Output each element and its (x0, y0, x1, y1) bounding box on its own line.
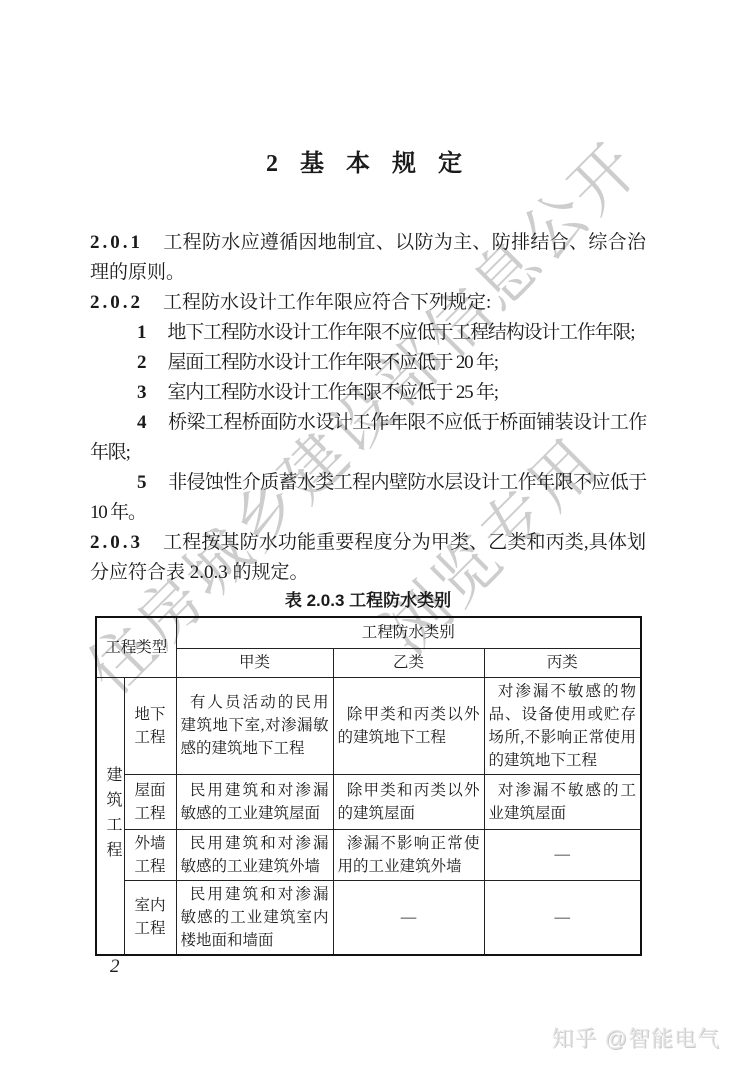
item-text: 室内工程防水设计工作年限不应低于 25 年; (168, 382, 498, 403)
category-underground: 地下工程 (124, 677, 176, 774)
category-roof: 屋面工程 (124, 774, 176, 829)
header-waterproof-class-group: 工程防水类别 (176, 617, 641, 648)
item-number: 3 (137, 382, 147, 403)
item-text: 桥梁工程桥面防水设计工作年限不应低于桥面铺装设计工作年限; (90, 412, 646, 463)
item-text: 非侵蚀性介质蓄水类工程内壁防水层设计工作年限不应低于 10 年。 (90, 472, 646, 523)
clause-item-5: 5非侵蚀性介质蓄水类工程内壁防水层设计工作年限不应低于 10 年。 (90, 468, 646, 528)
document-page: 住房城乡建设部信息公开 浏览专用 2 基 本 规 定 2.0.1工程防水应遵循因… (0, 0, 735, 1065)
item-number: 1 (137, 322, 147, 343)
table-row-indoor: 室内工程 民用建筑和对渗漏敏感的工业建筑室内楼地面和墙面 — — (96, 880, 641, 955)
clause-text: 工程防水应遵循因地制宜、以防为主、防排结合、综合治理的原则。 (90, 232, 646, 283)
clause-2-0-2: 2.0.2工程防水设计工作年限应符合下列规定: (90, 288, 646, 318)
clause-item-1: 1地下工程防水设计工作年限不应低于工程结构设计工作年限; (90, 318, 646, 348)
cell-class-c-exterior-wall: — (484, 829, 641, 880)
header-project-type: 工程类型 (96, 617, 176, 677)
cell-class-b-roof: 除甲类和丙类以外的建筑屋面 (333, 774, 484, 829)
table-row-roof: 屋面工程 民用建筑和对渗漏敏感的工业建筑屋面 除甲类和丙类以外的建筑屋面 对渗漏… (96, 774, 641, 829)
cell-class-b-underground: 除甲类和丙类以外的建筑地下工程 (333, 677, 484, 774)
cell-class-a-indoor: 民用建筑和对渗漏敏感的工业建筑室内楼地面和墙面 (176, 880, 333, 955)
table-row-exterior-wall: 外墙工程 民用建筑和对渗漏敏感的工业建筑外墙 渗漏不影响正常使用的工业建筑外墙 … (96, 829, 641, 880)
page-number: 2 (110, 956, 120, 978)
clause-2-0-3: 2.0.3工程按其防水功能重要程度分为甲类、乙类和丙类,具体划分应符合表 2.0… (90, 528, 646, 588)
cell-class-a-exterior-wall: 民用建筑和对渗漏敏感的工业建筑外墙 (176, 829, 333, 880)
row-group-building-works: 建筑工程 (96, 677, 124, 955)
header-class-a: 甲类 (176, 648, 333, 677)
cell-class-c-underground: 对渗漏不敏感的物品、设备使用或贮存场所,不影响正常使用的建筑地下工程 (484, 677, 641, 774)
waterproof-class-table: 工程类型 工程防水类别 甲类 乙类 丙类 建筑工程 地下工程 有人员活动的民用建… (95, 616, 642, 956)
category-exterior-wall: 外墙工程 (124, 829, 176, 880)
table-caption: 表 2.0.3 工程防水类别 (90, 591, 646, 611)
header-class-b: 乙类 (333, 648, 484, 677)
item-text: 地下工程防水设计工作年限不应低于工程结构设计工作年限; (168, 322, 635, 343)
clause-item-4: 4桥梁工程桥面防水设计工作年限不应低于桥面铺装设计工作年限; (90, 408, 646, 468)
row-group-label: 建筑工程 (101, 766, 124, 866)
cell-class-a-underground: 有人员活动的民用建筑地下室,对渗漏敏感的建筑地下工程 (176, 677, 333, 774)
clause-2-0-1: 2.0.1工程防水应遵循因地制宜、以防为主、防排结合、综合治理的原则。 (90, 228, 646, 288)
clause-item-3: 3室内工程防水设计工作年限不应低于 25 年; (90, 378, 646, 408)
page-content: 2 基 本 规 定 2.0.1工程防水应遵循因地制宜、以防为主、防排结合、综合治… (90, 150, 646, 956)
header-class-c: 丙类 (484, 648, 641, 677)
clause-text: 工程防水设计工作年限应符合下列规定: (163, 292, 491, 313)
clause-number: 2.0.3 (90, 532, 143, 553)
item-text: 屋面工程防水设计工作年限不应低于 20 年; (168, 352, 498, 373)
table-row-underground: 建筑工程 地下工程 有人员活动的民用建筑地下室,对渗漏敏感的建筑地下工程 除甲类… (96, 677, 641, 774)
cell-class-b-indoor: — (333, 880, 484, 955)
category-indoor: 室内工程 (124, 880, 176, 955)
item-number: 4 (137, 412, 147, 433)
clause-item-2: 2屋面工程防水设计工作年限不应低于 20 年; (90, 348, 646, 378)
chapter-title: 2 基 本 规 定 (90, 150, 646, 178)
cell-class-a-roof: 民用建筑和对渗漏敏感的工业建筑屋面 (176, 774, 333, 829)
item-number: 2 (137, 352, 147, 373)
clauses: 2.0.1工程防水应遵循因地制宜、以防为主、防排结合、综合治理的原则。 2.0.… (90, 228, 646, 588)
cell-class-b-exterior-wall: 渗漏不影响正常使用的工业建筑外墙 (333, 829, 484, 880)
cell-class-c-indoor: — (484, 880, 641, 955)
clause-number: 2.0.2 (90, 292, 143, 313)
cell-class-c-roof: 对渗漏不敏感的工业建筑屋面 (484, 774, 641, 829)
clause-text: 工程按其防水功能重要程度分为甲类、乙类和丙类,具体划分应符合表 2.0.3 的规… (90, 532, 646, 583)
item-number: 5 (137, 472, 147, 493)
zhihu-brand-mark: 知乎 @智能电气 (552, 1022, 720, 1053)
clause-number: 2.0.1 (90, 232, 143, 253)
